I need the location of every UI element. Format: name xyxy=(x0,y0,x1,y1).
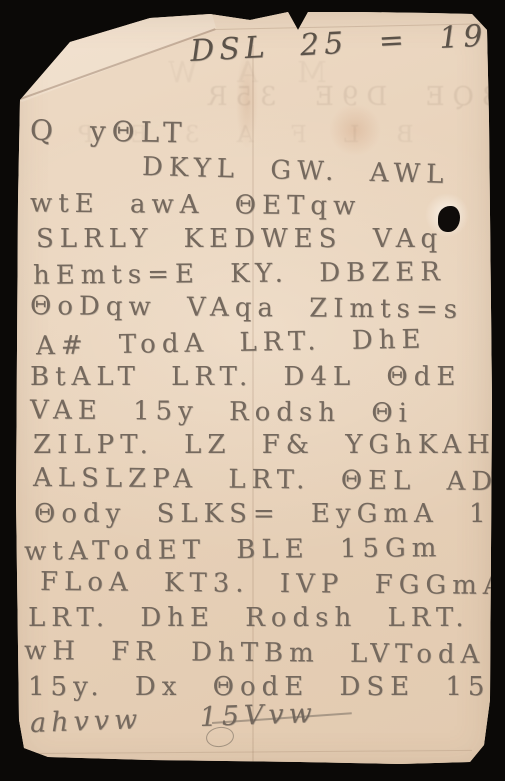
photo-background: 3QE D9E 35R B L F A 3 E P M A W DSL 25 =… xyxy=(0,0,505,781)
paper-edge-shading xyxy=(0,0,505,781)
letter-paper: 3QE D9E 35R B L F A 3 E P M A W DSL 25 =… xyxy=(0,0,505,781)
